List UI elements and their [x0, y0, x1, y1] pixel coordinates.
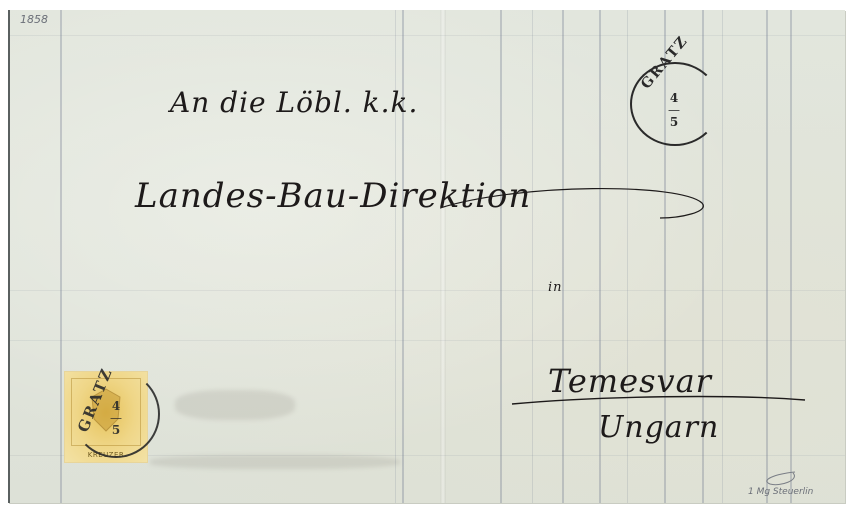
cancel-date: 4 — 5: [110, 400, 122, 436]
postmark-month: 5: [670, 115, 678, 129]
ink-bleed-smudge: [175, 390, 295, 420]
center-fold: [440, 10, 446, 503]
ruling-line: [60, 10, 62, 503]
ruling-line: [790, 10, 792, 503]
address-line-3: in: [548, 280, 563, 295]
ruling-line: [395, 10, 396, 503]
address-line-5: Ungarn: [598, 410, 719, 445]
gratz-postmark: GRATZ 4 — 5: [630, 62, 720, 146]
pencil-year-note: 1858: [20, 13, 48, 26]
ruling-line: [532, 10, 533, 503]
ruling-line: [562, 10, 564, 503]
flourish-underline: [440, 178, 720, 228]
cancel-month: 5: [112, 423, 120, 437]
stamp-cancel-postmark: GRATZ 4 — 5: [72, 370, 160, 458]
flourish-underline: [510, 392, 810, 412]
pencil-flourish: [755, 470, 815, 490]
ruling-line: [10, 35, 845, 36]
ruling-line: [402, 10, 404, 503]
ruling-line: [722, 10, 723, 503]
ruling-line: [766, 10, 768, 503]
ruling-line: [10, 290, 845, 291]
postmark-date: 4 — 5: [668, 92, 680, 128]
ruling-line: [500, 10, 502, 503]
address-line-1: An die Löbl. k.k.: [170, 86, 418, 119]
ruling-line: [10, 340, 845, 341]
ink-bleed-smudge: [150, 455, 400, 469]
